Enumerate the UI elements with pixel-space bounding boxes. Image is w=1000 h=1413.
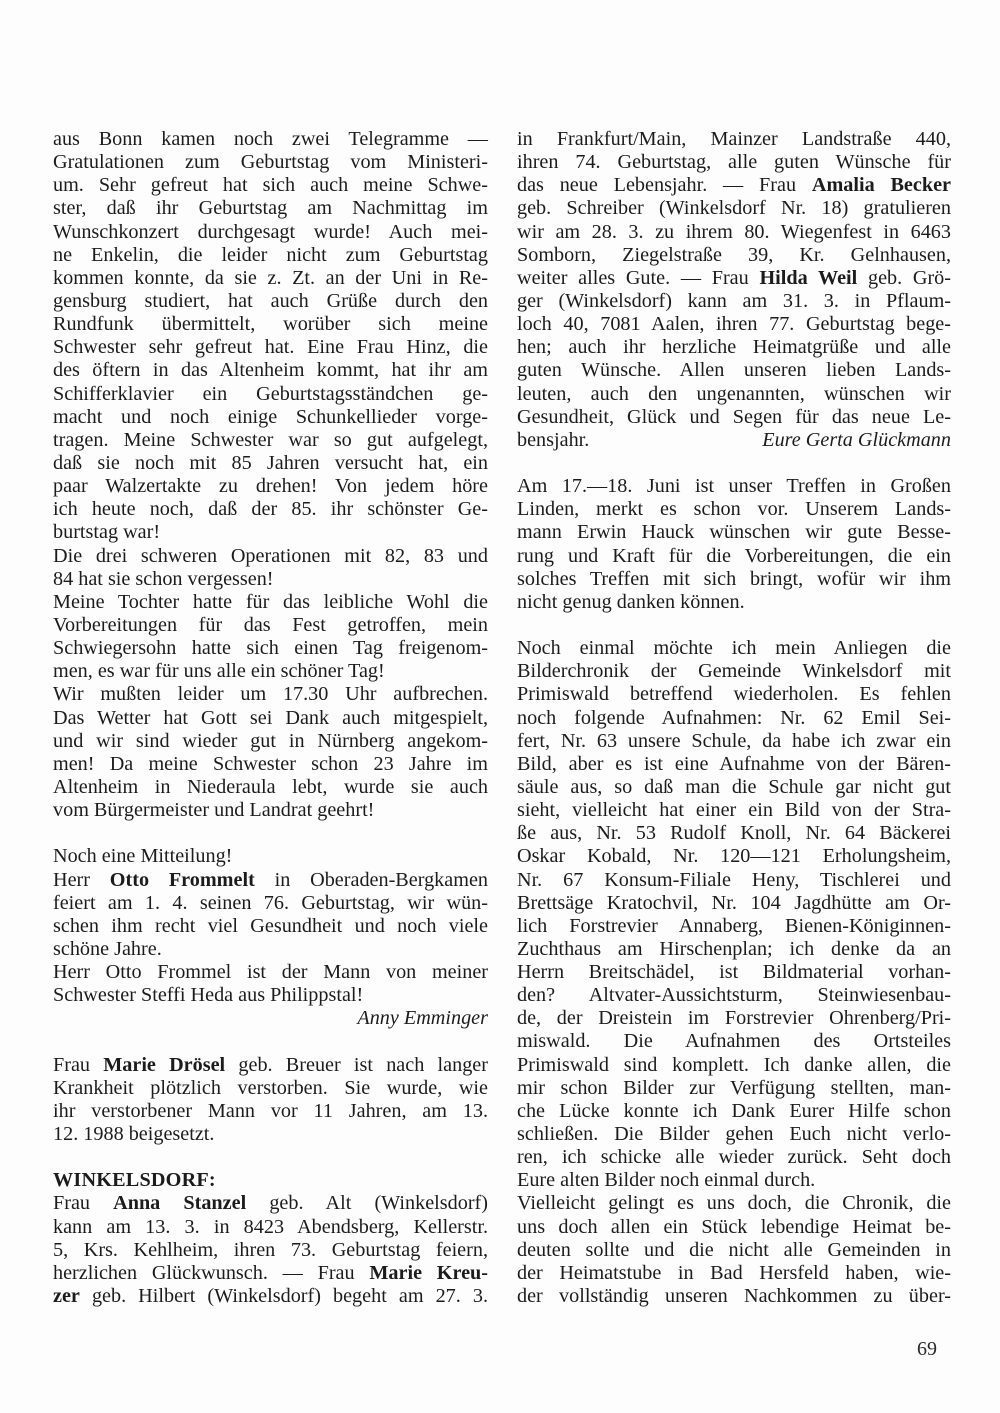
spacer bbox=[517, 614, 951, 637]
text-line: bensjahr. Eure Gerta Glückmann bbox=[517, 429, 951, 452]
text-line: Frau Anna Stanzel geb. Alt (Winkelsdorf) bbox=[53, 1192, 488, 1215]
text-line: Noch einmal möchte ich mein Anliegen die bbox=[517, 637, 951, 660]
text-line: um. Sehr gefreut hat sich auch meine Sch… bbox=[53, 174, 488, 197]
spacer bbox=[53, 1030, 488, 1053]
text-line: ren, ich schicke alle wieder zurück. Seh… bbox=[517, 1146, 951, 1169]
text-line: Oskar Kobald, Nr. 120—121 Erholungsheim, bbox=[517, 845, 951, 868]
paragraph-daughter: Meine Tochter hatte für das leibliche Wo… bbox=[53, 591, 488, 684]
right-column: in Frankfurt/Main, Mainzer Landstraße 44… bbox=[517, 128, 951, 1308]
text-fragment: geb. Alt (Winkelsdorf) bbox=[246, 1192, 488, 1214]
paragraph-operations: Die drei schweren Operationen mit 82, 83… bbox=[53, 545, 488, 591]
text-line: kann am 13. 3. in 8423 Abendsberg, Kelle… bbox=[53, 1216, 488, 1239]
text-line: Zuchthaus am Hirschenplan; ich denke da … bbox=[517, 938, 951, 961]
notice-frommelt: Noch eine Mitteilung! Herr Otto Frommelt… bbox=[53, 845, 488, 1030]
text-line: gensburg studiert, hat auch Grüße durch … bbox=[53, 290, 488, 313]
text-line: Herr Otto Frommelt in Oberaden-Bergkamen bbox=[53, 869, 488, 892]
text-line: Gratulationen zum Geburtstag vom Ministe… bbox=[53, 151, 488, 174]
text-line: Brettsäge Kratochvil, Nr. 104 Jagdhütte … bbox=[517, 892, 951, 915]
text-line: Gesundheit, Glück und Segen für das neue… bbox=[517, 406, 951, 429]
text-line: Frau Marie Drösel geb. Breuer ist nach l… bbox=[53, 1054, 488, 1077]
text-fragment: Frau bbox=[53, 1054, 103, 1076]
text-line: und wir sind wieder gut in Nürnberg ange… bbox=[53, 730, 488, 753]
text-line: vom Bürgermeister und Landrat geehrt! bbox=[53, 799, 488, 822]
text-line: hen; auch ihr herzliche Heimatgrüße und … bbox=[517, 336, 951, 359]
text-line: men, es war für uns alle ein schöner Tag… bbox=[53, 660, 488, 683]
text-line: Primiswald sind komplett. Ich danke alle… bbox=[517, 1054, 951, 1077]
text-line: säule aus, so daß man die Schule gar nic… bbox=[517, 776, 951, 799]
text-fragment: Herr bbox=[53, 869, 110, 891]
text-line: schließen. Die Bilder gehen Euch nicht v… bbox=[517, 1123, 951, 1146]
text-fragment: das neue Lebensjahr. — Frau bbox=[517, 174, 812, 196]
text-line: 12. 1988 beigesetzt. bbox=[53, 1123, 488, 1146]
text-line: ich heute noch, daß der 85. ihr schönste… bbox=[53, 498, 488, 521]
text-fragment: bensjahr. bbox=[517, 429, 589, 452]
text-line: men! Da meine Schwester schon 23 Jahre i… bbox=[53, 753, 488, 776]
text-line: 5, Krs. Kehlheim, ihren 73. Geburtstag f… bbox=[53, 1239, 488, 1262]
text-line: des öftern in das Altenheim kommt, hat i… bbox=[53, 359, 488, 382]
text-line: Vielleicht gelingt es uns doch, die Chro… bbox=[517, 1192, 951, 1215]
text-line: Nr. 67 Konsum-Filiale Heny, Tischlerei u… bbox=[517, 869, 951, 892]
spacer bbox=[53, 822, 488, 845]
text-line: schöne Jahre. bbox=[53, 938, 488, 961]
paragraph-departure: Wir mußten leider um 17.30 Uhr aufbreche… bbox=[53, 683, 488, 822]
text-line: daß sie noch mit 85 Jahren versucht hat,… bbox=[53, 452, 488, 475]
text-line: Die drei schweren Operationen mit 82, 83… bbox=[53, 545, 488, 568]
text-line: in Frankfurt/Main, Mainzer Landstraße 44… bbox=[517, 128, 951, 151]
text-line: herzlichen Glückwunsch. — Frau Marie Kre… bbox=[53, 1262, 488, 1285]
text-line: kommen konnte, da sie z. Zt. an der Uni … bbox=[53, 267, 488, 290]
text-line: mir schon Bilder zur Verfügung stellten,… bbox=[517, 1077, 951, 1100]
person-name: Anna Stanzel bbox=[113, 1192, 246, 1214]
text-line: der Heimatstube in Bad Hersfeld haben, w… bbox=[517, 1262, 951, 1285]
text-line: guten Wünsche. Allen unseren lieben Land… bbox=[517, 359, 951, 382]
person-name: Hilda Weil bbox=[759, 267, 857, 289]
text-line: uns doch allen ein Stück lebendige Heima… bbox=[517, 1216, 951, 1239]
paragraph-meeting: Am 17.—18. Juni ist unser Treffen in Gro… bbox=[517, 475, 951, 614]
person-name: zer bbox=[53, 1285, 80, 1307]
text-line: Herr Otto Frommel ist der Mann von meine… bbox=[53, 961, 488, 984]
text-line: Eure alten Bilder noch einmal durch. bbox=[517, 1169, 951, 1192]
text-line: miswald. Die Aufnahmen des Ortsteiles bbox=[517, 1030, 951, 1053]
text-line: Vorbereitungen für das Fest getroffen, m… bbox=[53, 614, 488, 637]
text-line: das neue Lebensjahr. — Frau Amalia Becke… bbox=[517, 174, 951, 197]
paragraph-chronicle: Noch einmal möchte ich mein Anliegen die… bbox=[517, 637, 951, 1192]
person-name: Otto Frommelt bbox=[110, 869, 255, 891]
text-line: ihr verstorbener Mann vor 11 Jahren, am … bbox=[53, 1100, 488, 1123]
text-line: Schwester sehr gefreut hat. Eine Frau Hi… bbox=[53, 336, 488, 359]
text-line: leuten, auch den ungenannten, wünschen w… bbox=[517, 383, 951, 406]
obituary-droesel: Frau Marie Drösel geb. Breuer ist nach l… bbox=[53, 1054, 488, 1147]
text-line: ster, daß ihr Geburtstag am Nachmittag i… bbox=[53, 197, 488, 220]
text-line: Bild, aber es ist eine Aufnahme von der … bbox=[517, 753, 951, 776]
text-line: den? Altvater-Aussichtsturm, Steinwiesen… bbox=[517, 984, 951, 1007]
text-fragment: geb. Grö- bbox=[857, 267, 951, 289]
text-line: Linden, merkt es schon vor. Unserem Land… bbox=[517, 498, 951, 521]
text-line: Bilderchronik der Gemeinde Winkelsdorf m… bbox=[517, 660, 951, 683]
text-line: solches Treffen mit sich bringt, wofür w… bbox=[517, 568, 951, 591]
text-line: weiter alles Gute. — Frau Hilda Weil geb… bbox=[517, 267, 951, 290]
text-line: rung und Kraft für die Vorbereitungen, d… bbox=[517, 545, 951, 568]
text-fragment: weiter alles Gute. — Frau bbox=[517, 267, 759, 289]
text-line: Noch eine Mitteilung! bbox=[53, 845, 488, 868]
text-line: feiert am 1. 4. seinen 76. Geburtstag, w… bbox=[53, 892, 488, 915]
person-name: Amalia Becker bbox=[812, 174, 951, 196]
person-name: Marie Kreu- bbox=[369, 1262, 488, 1284]
text-line: Das Wetter hat Gott sei Dank auch mitges… bbox=[53, 707, 488, 730]
text-line: ihren 74. Geburtstag, alle guten Wünsche… bbox=[517, 151, 951, 174]
text-line: Wir mußten leider um 17.30 Uhr aufbreche… bbox=[53, 683, 488, 706]
text-fragment: Frau bbox=[53, 1192, 113, 1214]
text-line: che Lücke konnte ich Dank Eurer Hilfe sc… bbox=[517, 1100, 951, 1123]
text-line: Schwester Steffi Heda aus Philippstal! bbox=[53, 984, 488, 1007]
text-line: Schifferklavier ein Geburtstagsständchen… bbox=[53, 383, 488, 406]
spacer bbox=[53, 1146, 488, 1169]
text-line: Primiswald betreffend wiederholen. Es fe… bbox=[517, 683, 951, 706]
text-line: paar Walzertakte zu drehen! Von jedem hö… bbox=[53, 475, 488, 498]
text-line: Somborn, Ziegelstraße 39, Kr. Gelnhausen… bbox=[517, 244, 951, 267]
text-line: ne Enkelin, die leider nicht zum Geburts… bbox=[53, 244, 488, 267]
signature: Anny Emminger bbox=[53, 1007, 488, 1030]
text-line: loch 40, 7081 Aalen, ihren 77. Geburtsta… bbox=[517, 313, 951, 336]
spacer bbox=[517, 452, 951, 475]
text-line: schen ihm recht viel Gesundheit und noch… bbox=[53, 915, 488, 938]
text-line: fert, Nr. 63 unsere Schule, da habe ich … bbox=[517, 730, 951, 753]
document-page: aus Bonn kamen noch zwei Telegramme — Gr… bbox=[0, 0, 1000, 1413]
text-fragment: in Oberaden-Bergkamen bbox=[255, 869, 488, 891]
text-line: de, der Dreistein im Forstrevier Ohrenbe… bbox=[517, 1007, 951, 1030]
text-line: mann Erwin Hauck wünschen wir gute Besse… bbox=[517, 521, 951, 544]
text-line: Wunschkonzert durchgesagt wurde! Auch me… bbox=[53, 221, 488, 244]
text-line: geb. Schreiber (Winkelsdorf Nr. 18) grat… bbox=[517, 197, 951, 220]
text-line: Schwiegersohn hatte sich einen Tag freig… bbox=[53, 637, 488, 660]
text-line: Rundfunk übermittelt, worüber sich meine bbox=[53, 313, 488, 336]
text-fragment: geb. Hilbert (Winkelsdorf) begeht am 27.… bbox=[80, 1285, 488, 1307]
text-line: sieht, vielleicht hat einer ein Bild von… bbox=[517, 799, 951, 822]
text-line: ße aus, Nr. 53 Rudolf Knoll, Nr. 64 Bäck… bbox=[517, 822, 951, 845]
text-line: burtstag war! bbox=[53, 521, 488, 544]
section-winkelsdorf: WINKELSDORF: Frau Anna Stanzel geb. Alt … bbox=[53, 1169, 488, 1308]
page-number: 69 bbox=[917, 1338, 937, 1361]
text-line: zer geb. Hilbert (Winkelsdorf) begeht am… bbox=[53, 1285, 488, 1308]
text-line: nicht genug danken können. bbox=[517, 591, 951, 614]
section-heading: WINKELSDORF: bbox=[53, 1169, 488, 1192]
text-line: Herrn Breitschädel, ist Bildmaterial vor… bbox=[517, 961, 951, 984]
text-fragment: herzlichen Glückwunsch. — Frau bbox=[53, 1262, 369, 1284]
signature: Eure Gerta Glückmann bbox=[762, 429, 951, 452]
text-line: Krankheit plötzlich verstorben. Sie wurd… bbox=[53, 1077, 488, 1100]
text-line: lich Forstrevier Annaberg, Bienen-Königi… bbox=[517, 915, 951, 938]
text-line: macht und noch einige Schunkellieder vor… bbox=[53, 406, 488, 429]
text-line: der vollständig unseren Nachkommen zu üb… bbox=[517, 1285, 951, 1308]
text-line: Am 17.—18. Juni ist unser Treffen in Gro… bbox=[517, 475, 951, 498]
text-line: tragen. Meine Schwester war so gut aufge… bbox=[53, 429, 488, 452]
text-fragment: geb. Breuer ist nach langer bbox=[225, 1054, 488, 1076]
text-line: 84 hat sie schon vergessen! bbox=[53, 568, 488, 591]
birthdays-continuation: in Frankfurt/Main, Mainzer Landstraße 44… bbox=[517, 128, 951, 452]
person-name: Marie Drösel bbox=[103, 1054, 225, 1076]
text-line: Meine Tochter hatte für das leibliche Wo… bbox=[53, 591, 488, 614]
left-column: aus Bonn kamen noch zwei Telegramme — Gr… bbox=[53, 128, 488, 1308]
paragraph-letter-continuation: aus Bonn kamen noch zwei Telegramme — Gr… bbox=[53, 128, 488, 545]
text-line: noch folgende Aufnahmen: Nr. 62 Emil Sei… bbox=[517, 707, 951, 730]
paragraph-closing: Vielleicht gelingt es uns doch, die Chro… bbox=[517, 1192, 951, 1308]
text-line: aus Bonn kamen noch zwei Telegramme — bbox=[53, 128, 488, 151]
text-line: ger (Winkelsdorf) kann am 31. 3. in Pfla… bbox=[517, 290, 951, 313]
text-line: Altenheim in Niederaula lebt, wurde sie … bbox=[53, 776, 488, 799]
text-line: wir am 28. 3. zu ihrem 80. Wiegenfest in… bbox=[517, 221, 951, 244]
text-line: deuten sollte und die nicht alle Gemeind… bbox=[517, 1239, 951, 1262]
